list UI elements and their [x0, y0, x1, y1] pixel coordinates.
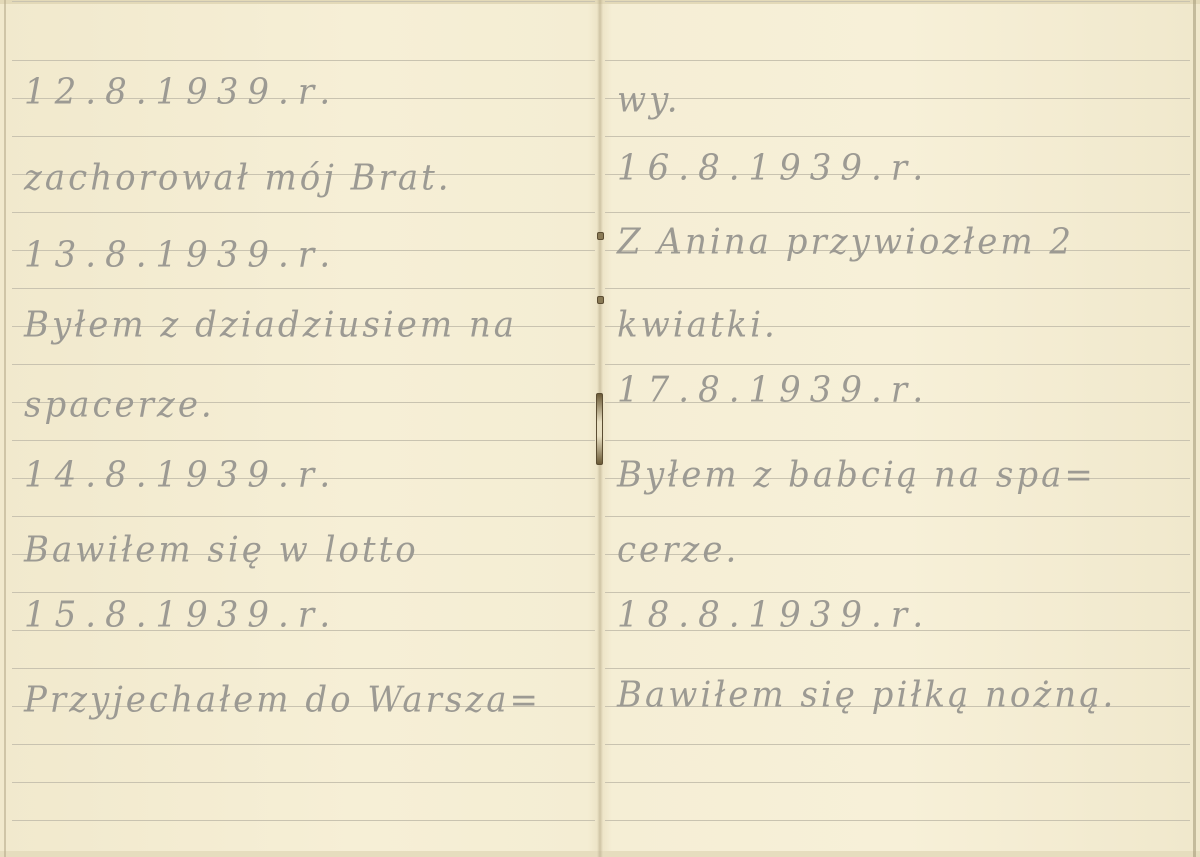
left-page: 12.8.1939.r. zachorował mój Brat. 13.8.1… — [12, 0, 595, 857]
diary-entry-line: Byłem z babcią na spa= — [617, 454, 1096, 496]
diary-entry-line: Byłem z dziadziusiem na — [24, 304, 517, 346]
diary-date: 14.8.1939.r. — [24, 454, 339, 496]
diary-entry-line: kwiatki. — [617, 304, 778, 346]
page-edge-right — [1193, 0, 1196, 857]
diary-entry-line: Przyjechałem do Warsza= — [24, 679, 541, 721]
binding-hole — [597, 232, 604, 240]
diary-entry-line: Bawiłem się piłką nożną. — [617, 674, 1116, 716]
diary-date: 17.8.1939.r. — [617, 369, 932, 411]
diary-entry-line: Z Anina przywiozłem 2 — [617, 221, 1074, 263]
page-edge-left — [4, 0, 6, 857]
diary-date: 15.8.1939.r. — [24, 594, 339, 636]
diary-date: 12.8.1939.r. — [24, 71, 339, 113]
diary-date: 18.8.1939.r. — [617, 594, 932, 636]
binding-hole — [597, 296, 604, 304]
notebook-spread: 12.8.1939.r. zachorował mój Brat. 13.8.1… — [0, 0, 1200, 857]
diary-entry-line: cerze. — [617, 529, 739, 571]
diary-entry-line: zachorował mój Brat. — [24, 157, 452, 199]
diary-date: 13.8.1939.r. — [24, 234, 339, 276]
diary-entry-line: spacerze. — [24, 384, 215, 426]
diary-entry-line: Bawiłem się w lotto — [24, 529, 419, 571]
right-page: wy. 16.8.1939.r. Z Anina przywiozłem 2 k… — [605, 0, 1190, 857]
diary-date: 16.8.1939.r. — [617, 147, 932, 189]
diary-entry-line: wy. — [617, 79, 681, 121]
staple — [596, 393, 603, 465]
